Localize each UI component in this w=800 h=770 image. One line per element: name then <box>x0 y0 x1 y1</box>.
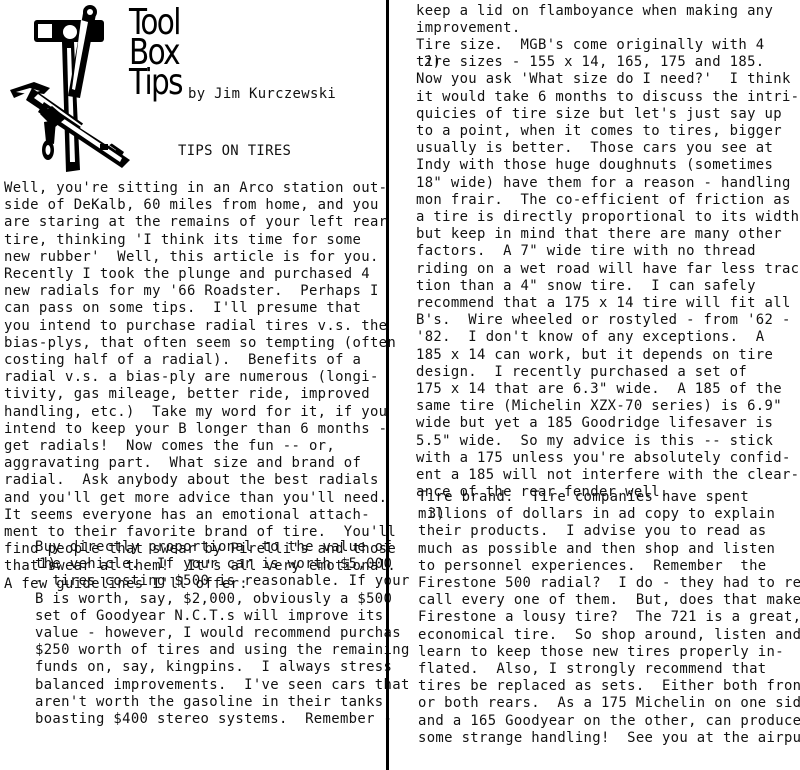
guideline-item-2: 2) Tire size. MGB's come originally with… <box>389 37 451 106</box>
text-line: aren't worth the gasoline in their tanks <box>35 694 410 711</box>
text-line: - tires costing $500 is reasonable. If y… <box>35 573 410 590</box>
text-line: Well, you're sitting in an Arco station … <box>4 180 396 197</box>
text-line: Tire size. MGB's come originally with 4 <box>416 37 800 54</box>
text-line: bias-plys, that often seem so tempting (… <box>4 335 396 352</box>
guideline-item-3: 3) Tire brand. Tire companies have spent… <box>393 489 455 558</box>
text-line: Buy directly proportional to the value o… <box>35 539 410 556</box>
text-line: and a 165 Goodyear on the other, can pro… <box>418 713 800 730</box>
text-line: get radials! Now comes the fun -- or, <box>4 438 396 455</box>
text-line: '82. I don't know of any exceptions. A <box>416 329 800 346</box>
text-line: aggravating part. What size and brand of <box>4 455 396 472</box>
text-line: Recently I took the plunge and purchased… <box>4 266 396 283</box>
text-line: quicies of tire size but let's just say … <box>416 106 800 123</box>
text-line: $250 worth of tires and using the remain… <box>35 642 410 659</box>
text-line: boasting $400 stereo systems. Remember - <box>35 711 410 728</box>
text-line: tire, thinking 'I think its time for som… <box>4 232 396 249</box>
text-line: balanced improvements. I've seen cars th… <box>35 677 410 694</box>
text-line: B is worth, say, $2,000, obviously a $50… <box>35 591 410 608</box>
text-line: tivity, gas mileage, better ride, improv… <box>4 386 396 403</box>
column-title: Tool Box Tips <box>129 8 194 98</box>
text-line: 5.5" wide. So my advice is this -- stick <box>416 433 800 450</box>
text-line: keep a lid on flamboyance when making an… <box>416 3 773 20</box>
text-line: radial. Ask anybody about the best radia… <box>4 472 396 489</box>
text-line: to personnel experiences. Remember the <box>418 558 800 575</box>
text-line: 175 x 14 that are 6.3" wide. A 185 of th… <box>416 381 800 398</box>
text-line: new radials for my '66 Roadster. Perhaps… <box>4 283 396 300</box>
text-line: wide but yet a 185 Goodridge lifesaver i… <box>416 415 800 432</box>
text-line: mon frair. The co-efficient of friction … <box>416 192 800 209</box>
text-line: handling, etc.) Take my word for it, if … <box>4 404 396 421</box>
byline: by Jim Kurczewski <box>188 86 336 103</box>
text-line: 185 x 14 can work, but it depends on tir… <box>416 347 800 364</box>
text-line: can pass on some tips. I'll presume that <box>4 300 396 317</box>
text-line: radial v.s. a bias-ply are numerous (lon… <box>4 369 396 386</box>
text-line: value - however, I would recommend purch… <box>35 625 410 642</box>
text-line: usually is better. Those cars you see at <box>416 140 800 157</box>
text-line: riding on a wet road will have far less … <box>416 261 800 278</box>
text-line: tion than a 4" snow tire. I can safely <box>416 278 800 295</box>
column-divider <box>386 0 389 770</box>
text-line: the vehicle. If your car is worth $5,000 <box>35 556 410 573</box>
article-subtitle: TIPS ON TIRES <box>178 143 291 160</box>
text-line: factors. A 7" wide tire with no thread <box>416 243 800 260</box>
text-line: improvement. <box>416 20 773 37</box>
text-line: tires be replaced as sets. Either both f… <box>418 678 800 695</box>
text-line: costing half of a radial). Benefits of a <box>4 352 396 369</box>
text-line: and you'll get more advice than you'll n… <box>4 490 396 507</box>
text-line: recommend that a 175 x 14 tire will fit … <box>416 295 800 312</box>
intro-paragraph: Well, you're sitting in an Arco station … <box>4 180 396 593</box>
guideline-item-1-continued: keep a lid on flamboyance when making an… <box>416 3 773 37</box>
text-line: same tire (Michelin XZX-70 series) is 6.… <box>416 398 800 415</box>
text-line: 18" wide) have them for a reason - handl… <box>416 175 800 192</box>
text-line: are staring at the remains of your left … <box>4 214 396 231</box>
toolbox-tools-icon <box>4 2 138 178</box>
text-line: economical tire. So shop around, listen … <box>418 627 800 644</box>
text-line: learn to keep those new tires properly i… <box>418 644 800 661</box>
text-line: intend to keep your B longer than 6 mont… <box>4 421 396 438</box>
text-line: Tire brand. Tire companies have spent <box>418 489 800 506</box>
text-line: Firestone 500 radial? I do - they had to… <box>418 575 800 592</box>
text-line: to a point, when it comes to tires, bigg… <box>416 123 800 140</box>
text-line: Indy with those huge doughnuts (sometime… <box>416 157 800 174</box>
text-line: their products. I advise you to read as <box>418 523 800 540</box>
text-line: millions of dollars in ad copy to explai… <box>418 506 800 523</box>
text-line: new rubber' Well, this article is for yo… <box>4 249 396 266</box>
text-line: Now you ask 'What size do I need?' I thi… <box>416 71 800 88</box>
text-line: side of DeKalb, 60 miles from home, and … <box>4 197 396 214</box>
text-line: flated. Also, I strongly recommend that <box>418 661 800 678</box>
text-line: set of Goodyear N.C.T.s will improve its <box>35 608 410 625</box>
text-line: It seems everyone has an emotional attac… <box>4 507 396 524</box>
text-line: it would take 6 months to discuss the in… <box>416 89 800 106</box>
text-line: B's. Wire wheeled or rostyled - from '62… <box>416 312 800 329</box>
guideline-item-1: 1) Buy directly proportional to the valu… <box>4 539 66 608</box>
text-line: design. I recently purchased a set of <box>416 364 800 381</box>
article-page: Tool Box Tips by Jim Kurczewski TIPS ON … <box>0 0 800 770</box>
text-line: tire sizes - 155 x 14, 165, 175 and 185. <box>416 54 800 71</box>
text-line: Firestone a lousy tire? The 721 is a gre… <box>418 609 800 626</box>
text-line: with a 175 unless you're absolutely conf… <box>416 450 800 467</box>
text-line: call every one of them. But, does that m… <box>418 592 800 609</box>
text-line: a tire is directly proportional to its w… <box>416 209 800 226</box>
text-line: but keep in mind that there are many oth… <box>416 226 800 243</box>
text-line: funds on, say, kingpins. I always stress <box>35 659 410 676</box>
text-line: much as possible and then shop and liste… <box>418 541 800 558</box>
text-line: ent a 185 will not interfere with the cl… <box>416 467 800 484</box>
text-line: or both rears. As a 175 Michelin on one … <box>418 695 800 712</box>
text-line: you intend to purchase radial tires v.s.… <box>4 318 396 335</box>
title-word: Tips <box>129 68 182 98</box>
text-line: some strange handling! See you at the ai… <box>418 730 800 747</box>
